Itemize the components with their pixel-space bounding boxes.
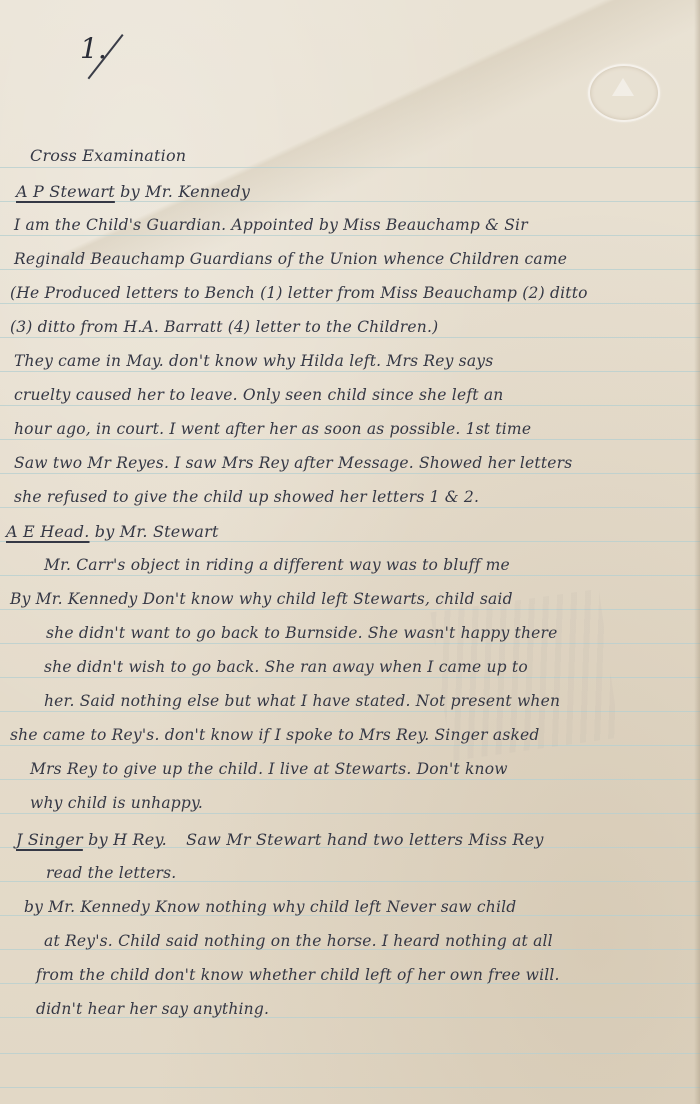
ruled-line [0,1087,700,1088]
testimony-line: why child is unhappy. [30,794,203,812]
ruled-line [0,371,700,372]
testimony-line: cruelty caused her to leave. Only seen c… [14,386,503,404]
witness-name: A P Stewart [16,182,115,201]
document-page: 1. Cross Examination A P Stewart by Mr. … [0,0,700,1104]
testimony-line: didn't hear her say anything. [36,1000,269,1018]
ruled-line [0,439,700,440]
testimony-line: Mrs Rey to give up the child. I live at … [30,760,508,778]
ruled-line [0,541,700,542]
document-heading: Cross Examination [30,146,186,165]
testimony-line: she didn't want to go back to Burnside. … [46,624,558,642]
witness-name: A E Head. [6,522,90,541]
ruled-line [0,235,700,236]
testimony-line: (He Produced letters to Bench (1) letter… [10,284,588,302]
section-header: A E Head. by Mr. Stewart [6,522,219,541]
ruled-line [0,473,700,474]
ruled-line [0,405,700,406]
testimony-line: she refused to give the child up showed … [14,488,479,506]
examiner: by H Rey. [88,830,167,849]
testimony-line: hour ago, in court. I went after her as … [14,420,531,438]
ruled-line [0,575,700,576]
section-header: J Singer by H Rey. Saw Mr Stewart hand t… [16,830,544,849]
ruled-line [0,167,700,168]
ruled-line [0,745,700,746]
ruled-line [0,779,700,780]
testimony-line: at Rey's. Child said nothing on the hors… [44,932,553,950]
testimony-line: Reginald Beauchamp Guardians of the Unio… [14,250,567,268]
ruled-line [0,201,700,202]
testimony-line: read the letters. [46,864,176,882]
testimony-line: she came to Rey's. don't know if I spoke… [10,726,540,744]
embossed-seal-icon [588,64,660,122]
testimony-line: By Mr. Kennedy Don't know why child left… [10,590,513,608]
testimony-line: from the child don't know whether child … [36,966,560,984]
ruled-line [0,1053,700,1054]
examiner: by Mr. Kennedy [120,182,250,201]
ruled-line [0,337,700,338]
ruled-line [0,303,700,304]
section-header: A P Stewart by Mr. Kennedy [16,182,250,201]
testimony-line: Mr. Carr's object in riding a different … [44,556,510,574]
paper-edge-shadow [694,0,700,1104]
ruled-line [0,507,700,508]
witness-name: J Singer [16,830,83,849]
testimony-line: They came in May. don't know why Hilda l… [14,352,493,370]
testimony-line: she didn't wish to go back. She ran away… [44,658,528,676]
examiner: by Mr. Stewart [95,522,219,541]
ruled-line [0,813,700,814]
testimony-line: by Mr. Kennedy Know nothing why child le… [24,898,516,916]
testimony-line: I am the Child's Guardian. Appointed by … [14,216,528,234]
testimony-line: her. Said nothing else but what I have s… [44,692,560,710]
testimony-line: Saw Mr Stewart hand two letters Miss Rey [186,830,543,849]
testimony-line: (3) ditto from H.A. Barratt (4) letter t… [10,318,438,336]
testimony-line: Saw two Mr Reyes. I saw Mrs Rey after Me… [14,454,572,472]
ruled-line [0,269,700,270]
